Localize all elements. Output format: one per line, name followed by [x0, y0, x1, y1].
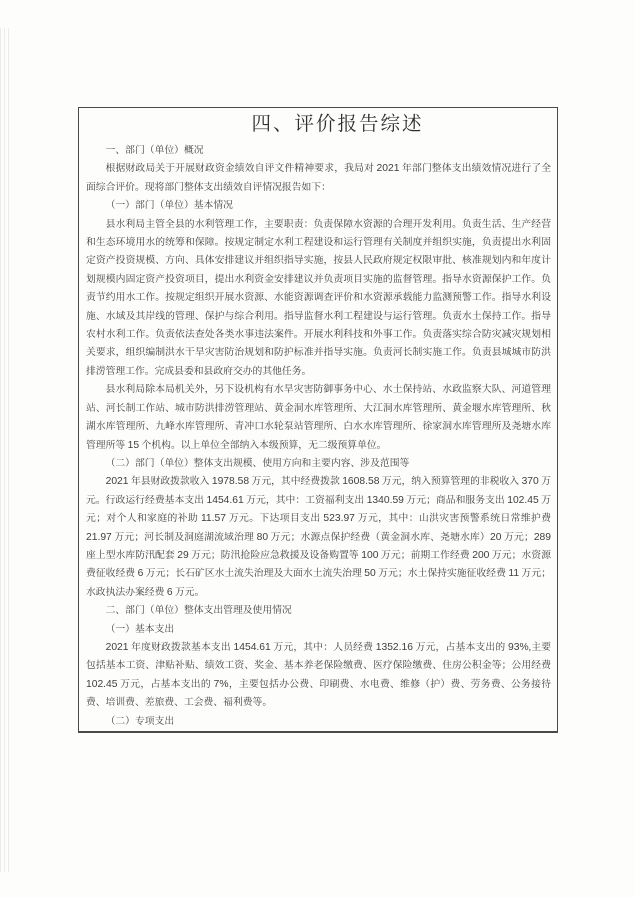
heading-expenditure-management: 二、部门（单位）整体支出管理及使用情况 [86, 602, 551, 620]
paragraph-bureau-duties: 县水利局主管全县的水利管理工作，主要职责：负责保障水资源的合理开发利用。负责生活… [86, 216, 551, 382]
heading-expenditure-scope: （二）部门（单位）整体支出规模、使用方向和主要内容、涉及范围等 [86, 455, 551, 473]
report-title: 四、评价报告综述 [105, 112, 558, 138]
heading-basic-expenditure: （一）基本支出 [86, 621, 551, 639]
report-border-box: 四、评价报告综述 一、部门（单位）概况 根据财政局关于开展财政资金绩效自评文件精… [78, 107, 558, 733]
scan-artifact-left-edge [0, 28, 9, 872]
paragraph-evaluation-intro: 根据财政局关于开展财政资金绩效自评文件精神要求，我局对 2021 年部门整体支出… [86, 160, 551, 197]
heading-special-expenditure: （二）专项支出 [86, 713, 551, 731]
paragraph-subordinate-agencies: 县水利局除本局机关外，另下设机构有水旱灾害防御事务中心、水土保持站、水政监察大队… [86, 381, 551, 455]
heading-special-funds-analysis: 1、专项资金安排落实、总投入等情况分析 [86, 731, 551, 733]
paragraph-basic-expenditure: 2021 年度财政拨款基本支出 1454.61 万元，其中：人员经费 1352.… [86, 639, 551, 713]
heading-department-overview: 一、部门（单位）概况 [86, 142, 551, 160]
paragraph-2021-budget-figures: 2021 年县财政拨款收入 1978.58 万元，其中经费拨款 1608.58 … [86, 473, 551, 602]
heading-basic-info: （一）部门（单位）基本情况 [86, 197, 551, 215]
scanned-page: { "colors": { "paper": "#fdfdfc", "ink":… [0, 0, 635, 898]
